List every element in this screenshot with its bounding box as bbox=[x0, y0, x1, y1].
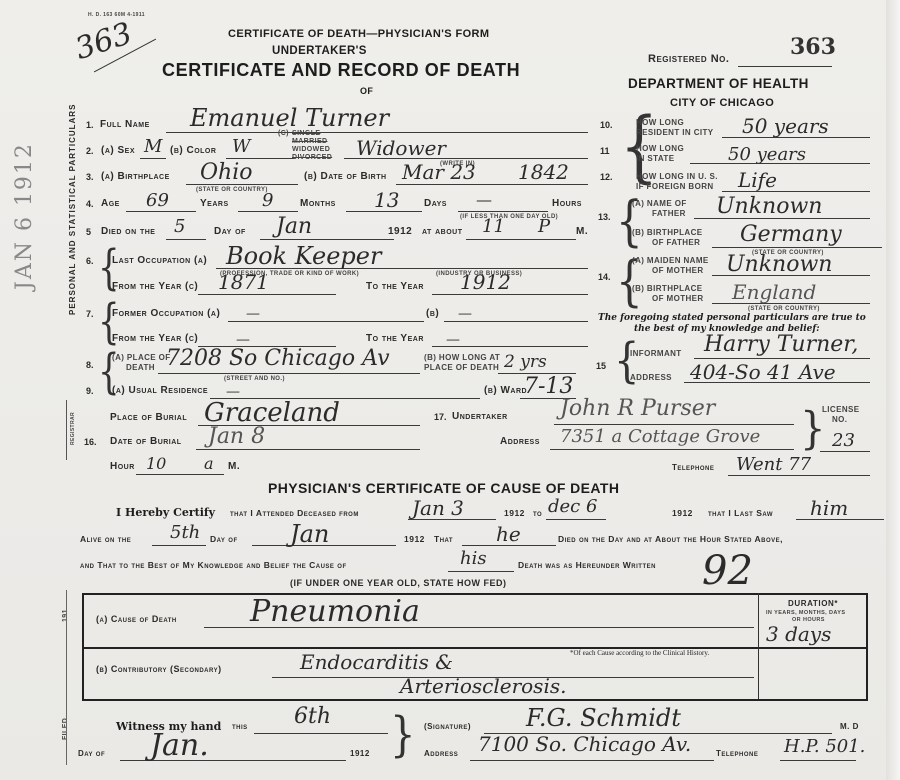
father-birthplace-label-b: of Father bbox=[652, 238, 700, 247]
father-birthplace-value: Germany bbox=[740, 222, 842, 247]
secondary-cause-value-2: Arteriosclerosis. bbox=[400, 674, 566, 698]
place-of-burial-label: Place of Burial bbox=[110, 412, 187, 423]
occupation-to-label: To the Year bbox=[366, 281, 424, 292]
mother-birthplace-value: England bbox=[732, 280, 816, 304]
occupation-value: Book Keeper bbox=[226, 242, 381, 270]
mother-birthplace-hint: (State or Country) bbox=[748, 306, 820, 312]
death-certificate: H. D. 163 60M 4-1911 363 JAN 6 1912 PERS… bbox=[0, 0, 900, 780]
page-title: CERTIFICATE AND RECORD OF DEATH bbox=[162, 60, 520, 81]
informant-label: Informant bbox=[630, 349, 682, 358]
burial-hour-label: Hour bbox=[110, 461, 135, 472]
birthplace-value: Ohio bbox=[200, 160, 253, 185]
witness-year-value: 1912 bbox=[350, 749, 370, 758]
field-number: 1. bbox=[86, 120, 94, 130]
age-label: Age bbox=[101, 198, 120, 209]
field-number: 16. bbox=[84, 437, 97, 447]
last-saw-value: him bbox=[810, 496, 848, 520]
birthplace-label: (a) Birthplace bbox=[101, 171, 170, 182]
how-long-at-value: 2 yrs bbox=[504, 352, 547, 372]
full-name-label: Full Name bbox=[100, 119, 150, 130]
date-of-birth-year: 1842 bbox=[518, 160, 569, 184]
field-number: 17. bbox=[434, 412, 447, 422]
certify-label: I Hereby Certify bbox=[116, 506, 215, 519]
field-number: 12. bbox=[600, 172, 613, 182]
usual-residence-label: (a) Usual Residence bbox=[112, 385, 208, 396]
occupation-label: Last Occupation (a) bbox=[112, 255, 207, 266]
attended-from-year: 1912 bbox=[504, 508, 525, 518]
father-name-label-b: Father bbox=[652, 209, 686, 218]
died-m-label: M. bbox=[576, 226, 588, 237]
died-ampm-value: P bbox=[538, 216, 550, 237]
witness-month-value: Jan. bbox=[150, 728, 209, 763]
how-long-at-label-b: Place of Death bbox=[424, 363, 499, 372]
physician-signature: F.G. Schmidt bbox=[526, 704, 681, 732]
color-value: W bbox=[232, 136, 251, 157]
age-years-value: 69 bbox=[146, 190, 169, 211]
marital-option-widowed: Widowed bbox=[292, 146, 330, 153]
side-label-personal: PERSONAL AND STATISTICAL PARTICULARS bbox=[68, 104, 77, 315]
duration-hint-1: in years, months, days bbox=[766, 610, 845, 616]
field-number: 9. bbox=[86, 386, 94, 396]
registered-no-label: Registered No. bbox=[648, 53, 729, 65]
field-number: 5 bbox=[86, 227, 91, 237]
age-days-value: 13 bbox=[374, 188, 399, 212]
informant-address-value: 404-So 41 Ave bbox=[690, 360, 836, 384]
alive-month-value: Jan bbox=[290, 520, 329, 548]
mother-birthplace-label-b: of Mother bbox=[652, 294, 704, 303]
affirmation-line-1: The foregoing stated personal particular… bbox=[598, 313, 866, 323]
undertaker-address-value: 7351 a Cottage Grove bbox=[560, 426, 760, 447]
burial-m-label: M. bbox=[228, 461, 240, 472]
died-stated-text: Died on the Day and at About the Hour St… bbox=[558, 534, 783, 544]
informant-value: Harry Turner, bbox=[704, 332, 858, 357]
former-occupation-value: — bbox=[246, 306, 260, 322]
signature-label: (Signature) bbox=[424, 722, 471, 731]
undertakers-heading: UNDERTAKER'S bbox=[272, 45, 367, 57]
pronoun-value: he bbox=[496, 522, 521, 546]
license-value: 23 bbox=[832, 430, 855, 451]
alive-day-value: 5th bbox=[170, 522, 200, 543]
in-state-label-b: In State bbox=[636, 154, 674, 163]
department-heading: DEPARTMENT OF HEALTH bbox=[628, 76, 809, 91]
fed-note: (IF UNDER ONE YEAR OLD, STATE HOW FED) bbox=[290, 578, 507, 588]
field-number: 15 bbox=[596, 361, 606, 371]
primary-cause-label: (a) Cause of Death bbox=[96, 614, 177, 624]
alive-on-label: Alive on the bbox=[80, 534, 131, 544]
ward-label: (b) Ward bbox=[484, 385, 527, 396]
died-about-label: at about bbox=[422, 226, 462, 237]
duration-column-divider bbox=[758, 593, 759, 699]
license-label-b: No. bbox=[832, 415, 847, 424]
resident-city-label-a: How Long bbox=[636, 118, 684, 127]
marital-option-married: Married bbox=[292, 138, 327, 145]
cause-box-divider bbox=[82, 647, 868, 649]
attended-to-date: dec 6 bbox=[548, 496, 597, 517]
that-label: That bbox=[434, 534, 453, 544]
age-hours-value: — bbox=[476, 190, 492, 209]
attended-from-date: Jan 3 bbox=[412, 496, 464, 520]
burial-ampm-value: a bbox=[204, 454, 214, 473]
marital-option-divorced: Divorced bbox=[292, 154, 332, 161]
marital-prefix: (c) bbox=[278, 130, 289, 137]
field-number: 14. bbox=[598, 272, 611, 282]
former-b-value: — bbox=[458, 306, 472, 322]
in-us-label-b: If Foreign Born bbox=[636, 182, 714, 191]
age-months-label: Months bbox=[300, 198, 336, 209]
sex-value: M bbox=[144, 136, 162, 157]
primary-cause-value: Pneumonia bbox=[250, 594, 420, 629]
mother-name-label-a: (a) Maiden Name bbox=[632, 256, 709, 265]
date-of-birth-label: (b) Date of Birth bbox=[304, 171, 387, 182]
full-name-value: Emanuel Turner bbox=[190, 104, 389, 132]
field-number: 7. bbox=[86, 309, 94, 319]
alive-year-value: 1912 bbox=[404, 534, 425, 544]
duration-footnote: *Of each Cause according to the Clinical… bbox=[570, 649, 709, 657]
died-on-label: Died on the bbox=[101, 226, 155, 237]
attended-to-year: 1912 bbox=[672, 508, 693, 518]
filing-stamp: JAN 6 1912 bbox=[12, 142, 37, 290]
in-state-label-a: How Long bbox=[636, 144, 684, 153]
field-number: 8. bbox=[86, 360, 94, 370]
registered-no-value: 363 bbox=[790, 34, 836, 60]
file-number-handwritten: 363 bbox=[71, 16, 136, 67]
mother-birthplace-label-a: (b) Birthplace bbox=[632, 284, 702, 293]
died-time-value: 11 bbox=[482, 216, 505, 237]
witness-day-of-label: Day of bbox=[78, 749, 105, 758]
physician-telephone-label: Telephone bbox=[716, 749, 758, 758]
physician-certificate-heading: PHYSICIAN'S CERTIFICATE OF CAUSE OF DEAT… bbox=[268, 480, 619, 496]
informant-address-label: Address bbox=[630, 373, 672, 382]
attended-label: that I Attended Deceased from bbox=[230, 508, 359, 518]
physician-address-label: Address bbox=[424, 749, 458, 758]
field-number: 4. bbox=[86, 199, 94, 209]
witness-day-value: 6th bbox=[294, 704, 331, 729]
physician-telephone-value: H.P. 501. bbox=[784, 736, 865, 757]
page-edge bbox=[886, 0, 900, 780]
field-number: 13. bbox=[598, 212, 611, 222]
resident-city-value: 50 years bbox=[742, 114, 829, 138]
former-to-value: — bbox=[446, 332, 460, 348]
md-label: M. D bbox=[840, 722, 859, 731]
mother-name-value: Unknown bbox=[726, 252, 832, 277]
field-number: 10. bbox=[600, 120, 613, 130]
city-heading: CITY OF CHICAGO bbox=[670, 97, 774, 109]
side-label-registrar: REGISTRAR bbox=[70, 412, 76, 445]
undertaker-telephone-value: Went 77 bbox=[736, 454, 811, 475]
field-number: 3. bbox=[86, 172, 94, 182]
place-of-death-hint: (Street and No.) bbox=[224, 376, 285, 382]
marital-value: Widower bbox=[356, 136, 446, 160]
date-of-burial-label: Date of Burial bbox=[110, 436, 182, 447]
field-number: 6. bbox=[86, 256, 94, 266]
knowledge-text: and That to the Best of My Knowledge and… bbox=[80, 560, 347, 570]
died-day-value: 5 bbox=[174, 216, 185, 237]
left-margin-line bbox=[66, 590, 67, 765]
undertaker-telephone-label: Telephone bbox=[672, 463, 714, 472]
witness-this-label: this bbox=[232, 722, 248, 731]
color-label: (b) Color bbox=[170, 145, 216, 156]
died-month-value: Jan bbox=[276, 214, 312, 239]
place-of-death-value: 7208 So Chicago Av bbox=[166, 346, 390, 371]
age-years-label: Years bbox=[200, 198, 229, 209]
marital-option-single: Single bbox=[292, 130, 320, 137]
how-long-at-label-a: (b) How Long at bbox=[424, 353, 500, 362]
age-days-label: Days bbox=[424, 198, 447, 209]
registrar-divider bbox=[66, 400, 67, 460]
died-year-value: 1912 bbox=[388, 226, 412, 237]
died-day-of-label: Day of bbox=[214, 226, 246, 237]
place-of-death-label-b: Death bbox=[126, 363, 155, 372]
father-name-label-a: (a) Name of bbox=[632, 199, 687, 208]
former-from-label: From the Year (c) bbox=[112, 333, 198, 344]
written-text: Death was as Hereunder Written bbox=[518, 560, 656, 570]
in-us-value: Life bbox=[738, 168, 777, 192]
undertaker-value: John R Purser bbox=[560, 396, 715, 421]
resident-city-label-b: Resident in City bbox=[636, 128, 714, 137]
duration-title: DURATION* bbox=[788, 599, 838, 608]
margin-mark: 92 bbox=[702, 548, 753, 594]
mother-name-label-b: of Mother bbox=[652, 266, 704, 275]
in-us-label-a: How Long in U. S. bbox=[636, 172, 718, 181]
undertaker-address-label: Address bbox=[500, 436, 540, 447]
physician-address-value: 7100 So. Chicago Av. bbox=[478, 732, 691, 756]
sex-label: (a) Sex bbox=[101, 145, 135, 156]
former-to-label: To the Year bbox=[366, 333, 424, 344]
secondary-cause-label: (b) Contributory (Secondary) bbox=[96, 664, 222, 674]
form-type-heading: CERTIFICATE OF DEATH—PHYSICIAN'S FORM bbox=[228, 28, 489, 40]
of-heading: OF bbox=[360, 86, 373, 96]
former-b-label: (b) bbox=[426, 308, 439, 319]
in-state-value: 50 years bbox=[728, 144, 806, 165]
date-of-burial-value: Jan 8 bbox=[208, 424, 265, 449]
form-code: H. D. 163 60M 4-1911 bbox=[88, 12, 145, 18]
occupation-to-value: 1912 bbox=[460, 270, 511, 294]
father-birthplace-label-a: (b) Birthplace bbox=[632, 228, 702, 237]
place-of-death-label-a: (a) Place of bbox=[112, 353, 171, 362]
occupation-from-label: From the Year (c) bbox=[112, 281, 198, 292]
age-months-value: 9 bbox=[262, 190, 273, 211]
secondary-cause-value-1: Endocarditis & bbox=[300, 650, 453, 674]
undertaker-label: Undertaker bbox=[452, 411, 508, 422]
age-hours-label: Hours bbox=[552, 198, 582, 209]
field-number: 11 bbox=[600, 146, 610, 156]
alive-day-of-label: Day of bbox=[210, 534, 238, 544]
cause-pronoun-value: his bbox=[460, 548, 487, 569]
last-saw-label: that I Last Saw bbox=[708, 508, 773, 518]
license-label-a: License bbox=[822, 405, 859, 414]
date-of-birth-value: Mar 23 bbox=[402, 160, 476, 184]
occupation-from-value: 1871 bbox=[218, 270, 269, 294]
duration-value: 3 days bbox=[766, 622, 831, 646]
attended-to-label: to bbox=[533, 508, 542, 518]
burial-hour-value: 10 bbox=[146, 454, 166, 473]
former-occupation-label: Former Occupation (a) bbox=[112, 308, 220, 319]
field-number: 2. bbox=[86, 146, 94, 156]
father-name-value: Unknown bbox=[716, 194, 822, 219]
birthplace-hint: (State or Country) bbox=[196, 187, 268, 193]
